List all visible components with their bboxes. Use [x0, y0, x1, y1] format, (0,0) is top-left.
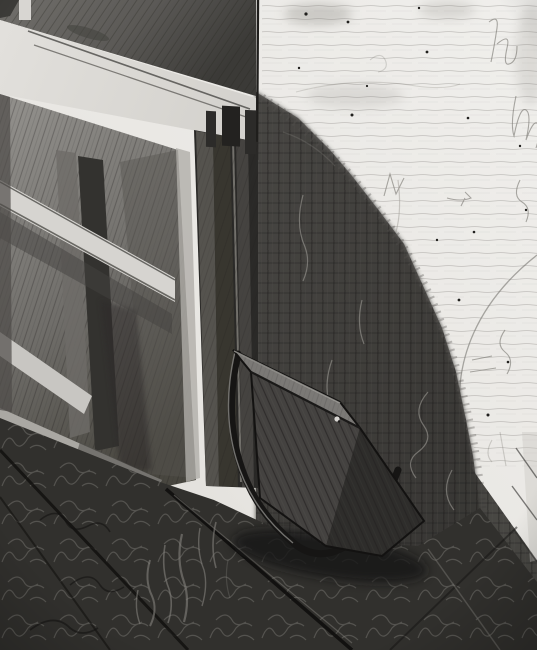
vignette: [0, 0, 537, 650]
charcoal-drawing: [0, 0, 537, 650]
